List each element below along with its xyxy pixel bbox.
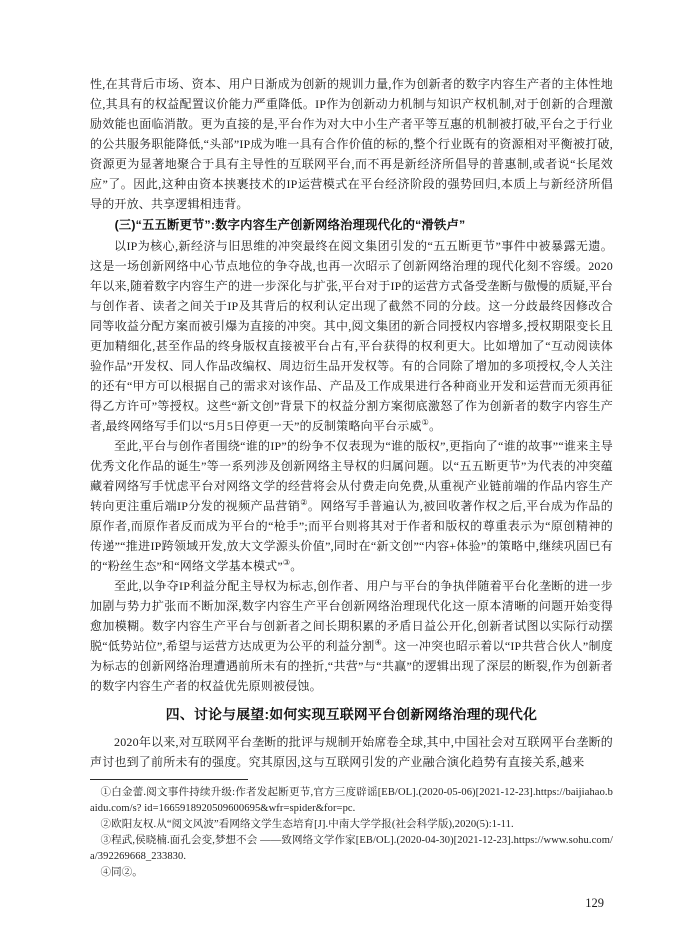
- footnote-separator: [90, 779, 248, 780]
- footnote-item: ②欧阳友权.从“阅文风波”看网络文学生态培育[J].中南大学学报(社会科学版),…: [90, 817, 613, 833]
- body-paragraph-4: 至此,以争夺IP利益分配主导权为标志,创作者、用户与平台的争执伴随着平台化垄断的…: [90, 576, 613, 696]
- body-paragraph-3: 至此,平台与创作者围绕“谁的IP”的纷争不仅表现为“谁的版权”,更指向了“谁的故…: [90, 436, 613, 576]
- continued-paragraph: 性,在其背后市场、资本、用户日渐成为创新的规训力量,作为创新者的数字内容生产者的…: [90, 74, 613, 214]
- document-page: 性,在其背后市场、资本、用户日渐成为创新的规训力量,作为创新者的数字内容生产者的…: [0, 0, 700, 943]
- footnote-item: ③程武,侯晓楠.面孔会变,梦想不会 ——致网络文学作家[EB/OL].(2020…: [90, 833, 613, 865]
- article-body: 性,在其背后市场、资本、用户日渐成为创新的规训力量,作为创新者的数字内容生产者的…: [90, 74, 613, 772]
- footnote-item: ①白金蕾.阅文事件持续升级:作者发起断更节,官方三度辟谣[EB/OL].(202…: [90, 785, 613, 817]
- page-number: 129: [90, 896, 613, 911]
- section-heading: 四、讨论与展望:如何实现互联网平台创新网络治理的现代化: [90, 705, 613, 725]
- body-paragraph-2: 以IP为核心,新经济与旧思维的冲突最终在阅文集团引发的“五五断更节”事件中被暴露…: [90, 236, 613, 436]
- footnote-item: ④同②。: [90, 865, 613, 881]
- footnotes-block: ①白金蕾.阅文事件持续升级:作者发起断更节,官方三度辟谣[EB/OL].(202…: [90, 785, 613, 881]
- body-paragraph-5: 2020年以来,对互联网平台垄断的批评与规制开始席卷全球,其中,中国社会对互联网…: [90, 732, 613, 772]
- subsection-heading: (三)“五五断更节”:数字内容生产创新网络治理现代化的“滑铁卢”: [90, 215, 613, 235]
